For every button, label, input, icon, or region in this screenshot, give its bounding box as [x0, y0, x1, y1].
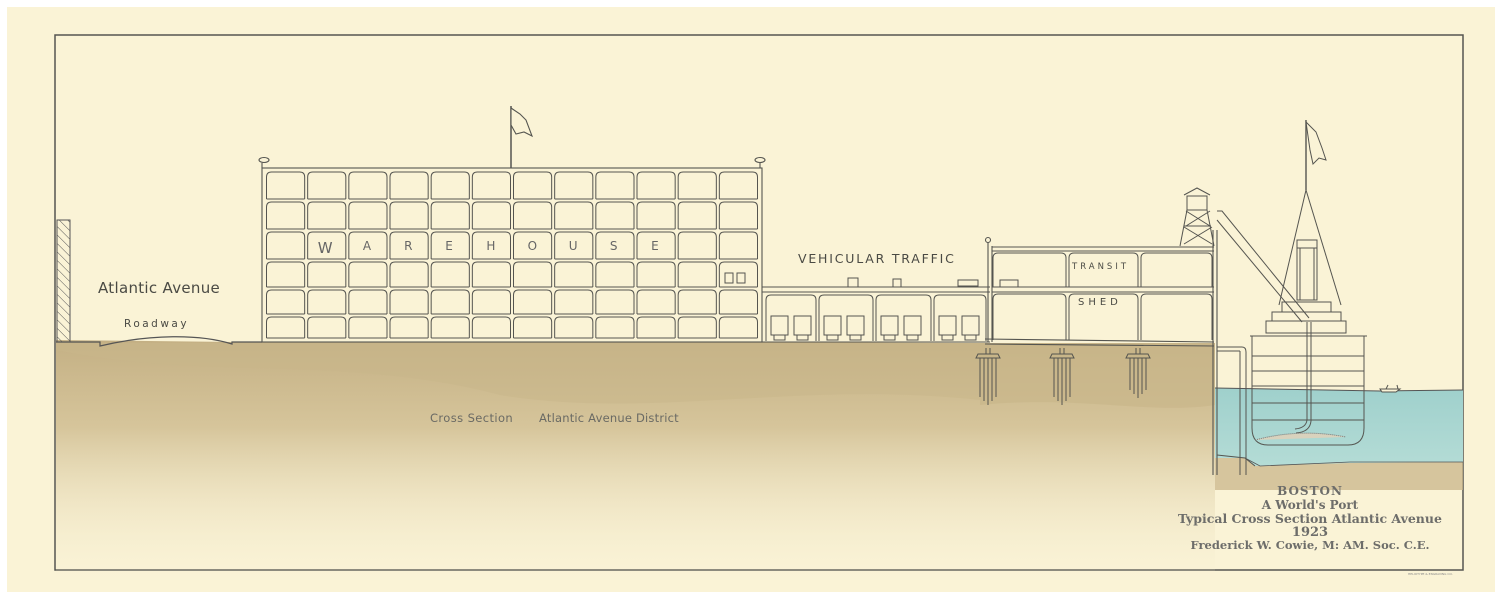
title-block: BOSTON A World's Port Typical Cross Sect… — [1160, 485, 1460, 553]
title-city: BOSTON — [1160, 485, 1460, 499]
title-description: Typical Cross Section Atlantic Avenue — [1160, 512, 1460, 526]
roadway-label: Roadway — [124, 318, 189, 330]
warehouse-letter: R — [404, 239, 412, 253]
warehouse-letter: H — [486, 239, 495, 253]
title-author: Frederick W. Cowie, M: AM. Soc. C.E. — [1160, 539, 1460, 553]
warehouse-letter: A — [363, 239, 371, 253]
warehouse-letter: S — [610, 239, 618, 253]
shed-label: Shed — [1078, 297, 1122, 308]
title-year: 1923 — [1160, 526, 1460, 540]
warehouse-letter: E — [651, 239, 659, 253]
warehouse-letter: O — [528, 239, 537, 253]
warehouse-letter: E — [445, 239, 453, 253]
street-label: Atlantic Avenue — [98, 279, 220, 297]
transit-label: Transit — [1072, 262, 1129, 272]
warehouse-building — [259, 106, 765, 342]
caption-cross-section: Cross Section — [430, 411, 513, 425]
building-wall — [57, 220, 70, 342]
caption-district: Atlantic Avenue District — [539, 411, 679, 425]
warehouse-letter: U — [569, 239, 578, 253]
vehicular-traffic-label: Vehicular Traffic — [798, 251, 956, 266]
warehouse-letter: W — [318, 239, 333, 257]
title-subtitle: A World's Port — [1160, 499, 1460, 513]
printer-mark: HELIOTYPE & ENGRAVING CO. — [1408, 572, 1453, 576]
warehouse-bays — [267, 172, 758, 338]
